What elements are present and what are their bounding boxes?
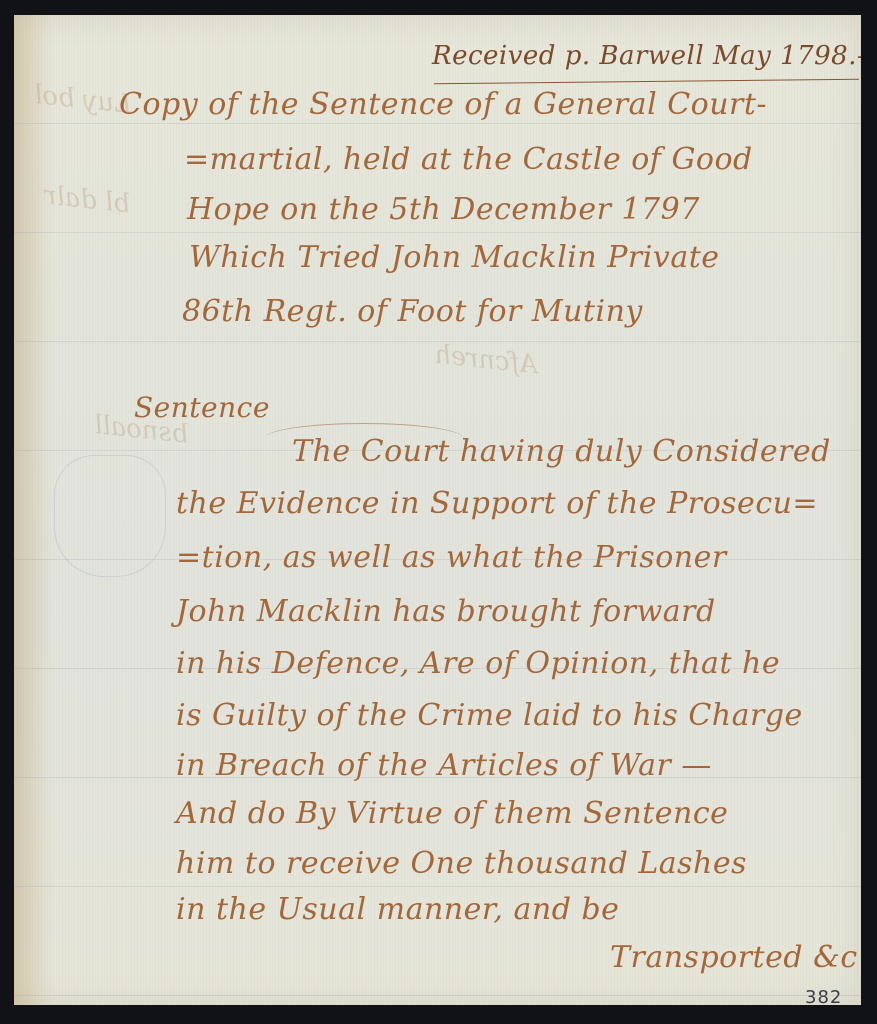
body-line-10: in the Usual manner, and be: [176, 895, 619, 925]
body-line-6: is Guilty of the Crime laid to his Charg…: [176, 701, 803, 731]
title-line-3: Hope on the 5th December 1797: [187, 195, 700, 225]
docket-note: Received p. Barwell May 1798.—: [432, 41, 861, 71]
body-line-8: And do By Virtue of them Sentence: [176, 799, 728, 829]
body-line-9: him to receive One thousand Lashes: [176, 849, 747, 879]
body-line-1: The Court having duly Considered: [292, 437, 831, 467]
body-line-11: Transported &c: [610, 943, 858, 973]
bleed-through-mark: Luy bol: [33, 80, 133, 120]
scan-viewport: Luy bol bl dalr Afcnreh bsnoall Received…: [0, 0, 877, 1024]
title-line-4: Which Tried John Macklin Private: [189, 243, 720, 273]
body-line-2: the Evidence in Support of the Prosecu=: [176, 489, 818, 519]
title-line-1: Copy of the Sentence of a General Court-: [119, 90, 767, 120]
body-line-3: =tion, as well as what the Prisoner: [176, 543, 727, 573]
title-line-2: =martial, held at the Castle of Good: [184, 145, 753, 175]
folio-number: 382: [805, 987, 842, 1005]
section-heading: Sentence: [134, 391, 270, 424]
manuscript-page: Luy bol bl dalr Afcnreh bsnoall Received…: [14, 15, 861, 1005]
bleed-through-mark: bl dalr: [43, 181, 132, 220]
body-line-7: in Breach of the Articles of War —: [176, 751, 712, 781]
docket-underline: [434, 79, 859, 84]
title-line-5: 86th Regt. of Foot for Mutiny: [182, 297, 643, 327]
body-line-5: in his Defence, Are of Opinion, that he: [176, 649, 780, 679]
bleed-through-mark: Afcnreh: [433, 340, 539, 381]
paper-watermark: [54, 455, 166, 577]
body-line-4: John Macklin has brought forward: [176, 597, 716, 627]
title-line-3-text: Hope on the 5th December 1797: [187, 192, 700, 227]
